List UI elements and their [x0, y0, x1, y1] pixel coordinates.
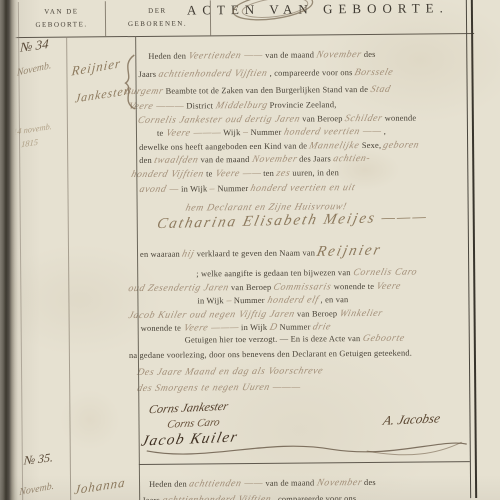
handwritten-text: honderd Vijftien — [130, 168, 205, 181]
printed-form-text: dewelke ons heeft aangeboden een Kind va… — [139, 141, 309, 151]
handwritten-text: geboren — [382, 140, 421, 152]
birth-register-page: VAN DE GEBOORTE. DER GEBORENEN. ACTEN VA… — [0, 0, 500, 500]
printed-form-text: ten — [261, 169, 276, 178]
act-line: honderd Vijftien te Veere —— ten zes uur… — [131, 165, 339, 181]
printed-form-text: , compareerde voor ons — [267, 68, 355, 78]
handwritten-text: Veere —— — [213, 168, 262, 180]
printed-form-text: na gedane voorlezing, door ons benevens … — [129, 349, 412, 360]
handwritten-text: achttienden —— — [188, 478, 265, 491]
printed-form-text: wonende te — [141, 324, 184, 333]
register-sheet: VAN DE GEBOORTE. DER GEBORENEN. ACTEN VA… — [0, 0, 500, 500]
header-cell-geboorte: VAN DE GEBOORTE. — [18, 5, 105, 32]
handwritten-text: Middelburg — [214, 100, 269, 112]
header-bottom-rule — [12, 33, 474, 38]
printed-form-text: van de maand — [198, 155, 252, 164]
handwritten-text: Borssele — [353, 67, 394, 79]
printed-form-text: den — [139, 156, 154, 165]
act-line: na gedane voorlezing, door ons benevens … — [129, 346, 412, 362]
signature-declarant: Corns Jankester — [147, 399, 229, 417]
handwritten-text: twaalfden — [153, 154, 200, 166]
printed-form-text: Getuigen hier toe verzogt. — En is deze … — [185, 334, 363, 345]
act-line: Getuigen hier toe verzogt. — En is deze … — [185, 331, 405, 347]
printed-form-text: van Beroep — [300, 114, 345, 123]
printed-form-text: Provincie Zeeland, — [267, 100, 336, 110]
handwritten-text: Veertienden —— — [187, 50, 264, 63]
printed-form-text: , en van — [318, 295, 348, 304]
handwritten-text: November — [250, 154, 298, 166]
printed-form-text: , compareerde voor ons — [271, 494, 356, 500]
handwritten-text: des Smorgens te negen Uuren ——— — [136, 382, 302, 395]
act-line: Heden den achttienden —— van de maand No… — [149, 475, 376, 491]
printed-form-text: Nummer — [215, 184, 251, 193]
handwritten-text: November — [315, 49, 363, 61]
printed-form-text: Jaars — [142, 496, 162, 500]
act-line: avond — in Wijk – Nummer honderd veertie… — [139, 180, 355, 196]
handwritten-text: honderd elf — [266, 294, 320, 306]
book-binding-edge — [0, 0, 18, 500]
act-line: Burgemr Beambte tot de Zaken van den Bur… — [125, 82, 391, 98]
act-line: Des Jaare Maand en dag als Voorschreve — [137, 363, 323, 379]
printed-form-text: Sexe, — [360, 141, 384, 150]
handwritten-text: Reijnier — [316, 244, 383, 258]
printed-form-text: des Jaars — [297, 154, 333, 163]
act-line: in Wijk – Nummer honderd elf , en van — [197, 292, 348, 307]
printed-form-text: en waaraan — [140, 250, 182, 259]
ink-flourish-stamp — [228, 0, 318, 24]
printed-form-text: Nummer — [231, 296, 267, 305]
printed-form-text: te — [204, 169, 215, 178]
margin-child-name-35: Johanna — [74, 474, 127, 498]
printed-form-text: van de maand — [263, 50, 317, 59]
act-line: Jaars achttienhonderd Vijftien , compare… — [142, 491, 356, 500]
margin-month-34: Novemb. — [17, 60, 52, 79]
handwritten-text: honderd veertien en uit — [249, 182, 356, 195]
printed-form-text: van Beroep — [229, 283, 274, 292]
printed-form-text: Heden den — [149, 480, 189, 489]
entry-number-34: № 34 — [20, 36, 49, 56]
right-double-rule-outer — [471, 0, 477, 498]
handwritten-text: hij — [181, 248, 196, 260]
act-line: en waaraan hij verklaard te geven den Na… — [140, 245, 382, 261]
handwritten-text: Des Jaare Maand en dag als Voorschreve — [136, 365, 325, 379]
printed-form-text: van de maand — [263, 478, 317, 487]
handwritten-text: November — [315, 477, 363, 489]
handwritten-text: Veere — [375, 281, 402, 293]
header-cell-line: GEBORENEN. — [105, 17, 210, 31]
margin-brace-flourish — [116, 53, 139, 111]
handwritten-text: honderd veertien —— — [282, 126, 382, 139]
printed-form-text: Beambte tot de Zaken van den Burgerlijke… — [163, 85, 370, 96]
act-line: Catharina Elisabeth Meijes ——— — [158, 213, 428, 227]
handwritten-text: achtien- — [332, 153, 372, 165]
handwritten-text: achttienhonderd Vijftien — [161, 494, 273, 500]
margin-month-35: Novemb. — [19, 481, 54, 499]
entry-number-35: № 35. — [23, 450, 53, 469]
signature-underline-flourish — [137, 436, 472, 465]
printed-form-text: wonende te — [331, 282, 376, 291]
handwritten-text: achttienhonderd Vijftien — [157, 68, 269, 81]
printed-form-text: Wijk — [221, 128, 243, 137]
printed-form-text: Nummer — [248, 128, 284, 137]
handwritten-text: Cornelis Caro — [351, 267, 418, 280]
printed-form-text: Jaars — [138, 70, 158, 79]
signature-witness1: Corns Caro — [166, 416, 221, 430]
handwritten-text: – — [208, 183, 216, 195]
printed-form-text: uuren, in den — [290, 168, 339, 177]
handwritten-text: Winkelier — [338, 308, 384, 320]
act-line: Heden den Veertienden —— van de maand No… — [148, 47, 375, 63]
handwritten-text: zes — [275, 168, 292, 180]
printed-form-text: verklaard te geven den Naam van — [194, 248, 317, 258]
right-double-rule-inner — [466, 0, 471, 498]
header-cell-line: GEBOORTE. — [18, 18, 105, 32]
printed-form-text: Heden den — [148, 52, 188, 61]
printed-form-text: Nummer — [277, 322, 313, 331]
printed-form-text: wonende — [382, 114, 416, 123]
margin-note-line2: 1815 — [21, 137, 38, 150]
signature-official: A. Jacobse — [381, 410, 441, 428]
header-cell-line: VAN DE — [18, 5, 105, 19]
act-line: des Smorgens te negen Uuren ——— — [137, 380, 301, 395]
printed-form-text: ; welke aangifte is gedaan ten bijwezen … — [196, 268, 353, 278]
printed-form-text: van Beroep — [295, 309, 340, 318]
handwritten-text: Stad — [369, 84, 392, 96]
handwritten-text: Geboorte — [361, 333, 406, 345]
printed-form-text: des — [361, 50, 375, 59]
printed-form-text: District — [184, 101, 215, 110]
printed-form-text: in Wijk — [239, 323, 270, 332]
handwritten-text: avond — — [138, 184, 180, 196]
printed-form-text: des — [362, 478, 376, 487]
handwritten-text: Veere ——— — [164, 127, 222, 140]
printed-form-text: in Wijk — [197, 296, 226, 305]
margin-child-name-line1: Reijnier — [71, 55, 122, 80]
printed-form-text: in Wijk — [179, 184, 210, 193]
margin-column-rule — [66, 37, 71, 500]
act-line: Jaars achttienhonderd Vijftien , compare… — [138, 65, 393, 81]
